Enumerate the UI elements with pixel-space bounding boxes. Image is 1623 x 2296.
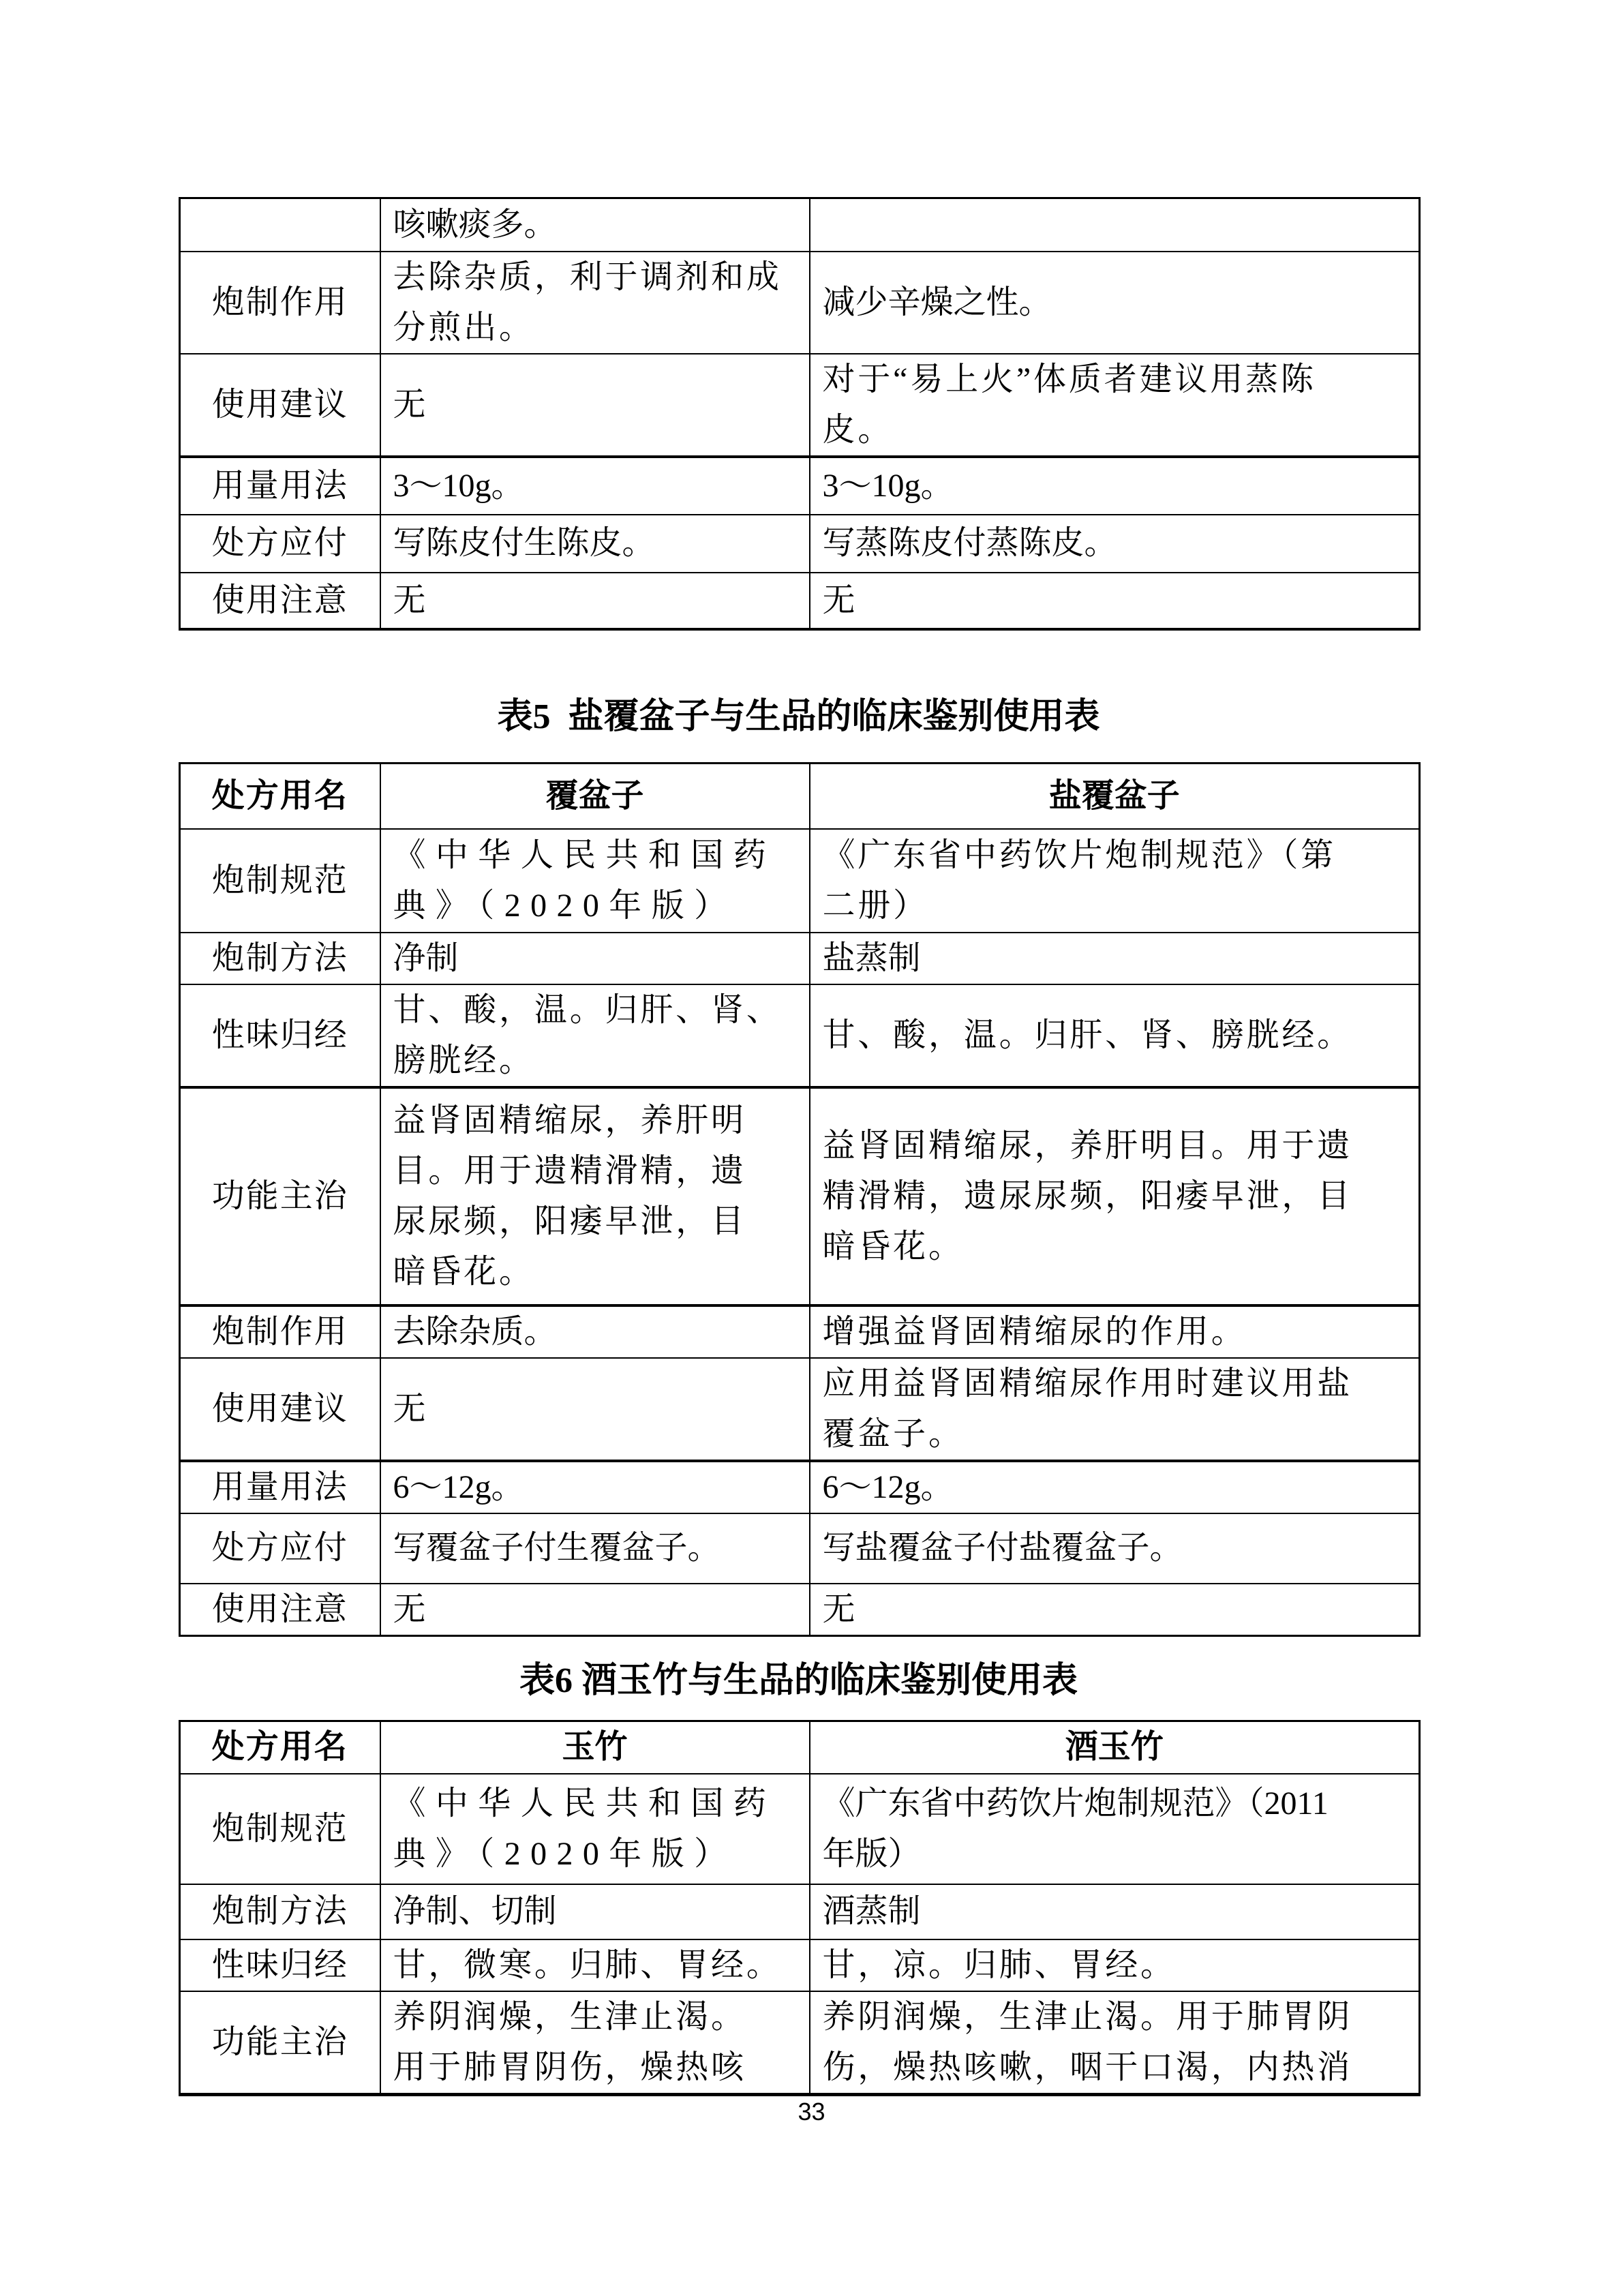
table-cell: 益肾固精缩尿，养肝明 目。用于遗精滑精，遗 尿尿频，阳痿早泄，目 暗昏花。 bbox=[380, 1087, 810, 1305]
table-cell: 写盐覆盆子付盐覆盆子。 bbox=[810, 1513, 1420, 1584]
table-cell: 无 bbox=[380, 1584, 810, 1636]
table-cell: 《广东省中药饮片炮制规范》（2011 年版） bbox=[810, 1774, 1420, 1884]
table-5-title: 表5 盐覆盆子与生品的临床鉴别使用表 bbox=[179, 697, 1419, 738]
table-cell: 《广东省中药饮片炮制规范》（第 二册） bbox=[810, 829, 1420, 933]
row-label-cell: 处方应付 bbox=[180, 515, 380, 573]
table-row: 炮制方法净制盐蒸制 bbox=[180, 933, 1420, 984]
table-cell: 甘、酸，温。归肝、肾、膀胱经。 bbox=[810, 984, 1420, 1087]
table-header-row: 处方用名覆盆子盐覆盆子 bbox=[180, 764, 1420, 829]
table-5-yanfupenzi: 处方用名覆盆子盐覆盆子炮制规范《中华人民共和国药 典》（2020年版）《广东省中… bbox=[179, 762, 1421, 1637]
table-cell: 甘，凉。归肺、胃经。 bbox=[810, 1939, 1420, 1991]
row-label-cell: 使用注意 bbox=[180, 1584, 380, 1636]
column-header-cell: 酒玉竹 bbox=[810, 1721, 1420, 1774]
table-6-jiuyuzhu: 处方用名玉竹酒玉竹炮制规范《中华人民共和国药 典》（2020年版）《广东省中药饮… bbox=[179, 1720, 1421, 2096]
table-cell: 甘，微寒。归肺、胃经。 bbox=[380, 1939, 810, 1991]
table-row: 性味归经甘，微寒。归肺、胃经。甘，凉。归肺、胃经。 bbox=[180, 1939, 1420, 1991]
column-header-cell: 玉竹 bbox=[380, 1721, 810, 1774]
table-cell: 写陈皮付生陈皮。 bbox=[380, 515, 810, 573]
table-row: 炮制方法净制、切制酒蒸制 bbox=[180, 1884, 1420, 1939]
table-cell: 净制、切制 bbox=[380, 1884, 810, 1939]
table-row: 炮制规范《中华人民共和国药 典》（2020年版）《广东省中药饮片炮制规范》（第 … bbox=[180, 829, 1420, 933]
table-6-title: 表6 酒玉竹与生品的临床鉴别使用表 bbox=[179, 1661, 1419, 1702]
table-row: 功能主治养阴润燥，生津止渴。 用于肺胃阴伤，燥热咳养阴润燥，生津止渴。用于肺胃阴… bbox=[180, 1991, 1420, 2095]
row-label-cell: 功能主治 bbox=[180, 1991, 380, 2095]
row-label-cell: 性味归经 bbox=[180, 984, 380, 1087]
row-label-cell: 处方用名 bbox=[180, 764, 380, 829]
row-label-cell: 使用建议 bbox=[180, 1358, 380, 1461]
table-cell: 增强益肾固精缩尿的作用。 bbox=[810, 1305, 1420, 1358]
table-row: 咳嗽痰多。 bbox=[180, 198, 1420, 252]
table-cell: 咳嗽痰多。 bbox=[380, 198, 810, 252]
row-label-cell: 使用建议 bbox=[180, 354, 380, 457]
table-cell: 无 bbox=[810, 573, 1420, 629]
row-label-cell: 处方应付 bbox=[180, 1513, 380, 1584]
table-cell: 甘、酸，温。归肝、肾、 膀胱经。 bbox=[380, 984, 810, 1087]
table-row: 用量用法6～12g。6～12g。 bbox=[180, 1461, 1420, 1513]
table-cell: 写覆盆子付生覆盆子。 bbox=[380, 1513, 810, 1584]
page-number: 33 bbox=[0, 2097, 1623, 2127]
table-row: 性味归经甘、酸，温。归肝、肾、 膀胱经。甘、酸，温。归肝、肾、膀胱经。 bbox=[180, 984, 1420, 1087]
table-row: 功能主治益肾固精缩尿，养肝明 目。用于遗精滑精，遗 尿尿频，阳痿早泄，目 暗昏花… bbox=[180, 1087, 1420, 1305]
row-label-cell: 炮制方法 bbox=[180, 933, 380, 984]
table-cell: 《中华人民共和国药 典》（2020年版） bbox=[380, 829, 810, 933]
table-cell: 《中华人民共和国药 典》（2020年版） bbox=[380, 1774, 810, 1884]
table-row: 用量用法3～10g。3～10g。 bbox=[180, 457, 1420, 515]
row-label-cell bbox=[180, 198, 380, 252]
table-cell: 去除杂质，利于调剂和成 分煎出。 bbox=[380, 252, 810, 354]
table-cell bbox=[810, 198, 1420, 252]
table-continuation-wrap: 咳嗽痰多。炮制作用去除杂质，利于调剂和成 分煎出。减少辛燥之性。使用建议无对于“… bbox=[179, 197, 1419, 631]
table-cell: 养阴润燥，生津止渴。用于肺胃阴 伤，燥热咳嗽，咽干口渴，内热消 bbox=[810, 1991, 1420, 2095]
table-row: 使用建议无对于“易上火”体质者建议用蒸陈 皮。 bbox=[180, 354, 1420, 457]
table-cell: 应用益肾固精缩尿作用时建议用盐 覆盆子。 bbox=[810, 1358, 1420, 1461]
table-cell: 3～10g。 bbox=[380, 457, 810, 515]
row-label-cell: 用量用法 bbox=[180, 457, 380, 515]
table-cell: 无 bbox=[810, 1584, 1420, 1636]
column-header-cell: 覆盆子 bbox=[380, 764, 810, 829]
row-label-cell: 炮制作用 bbox=[180, 1305, 380, 1358]
table-5-wrap: 处方用名覆盆子盐覆盆子炮制规范《中华人民共和国药 典》（2020年版）《广东省中… bbox=[179, 762, 1419, 1637]
table-row: 炮制规范《中华人民共和国药 典》（2020年版）《广东省中药饮片炮制规范》（20… bbox=[180, 1774, 1420, 1884]
table-cell: 净制 bbox=[380, 933, 810, 984]
table-cell: 无 bbox=[380, 573, 810, 629]
table-cell: 益肾固精缩尿，养肝明目。用于遗 精滑精，遗尿尿频，阳痿早泄，目 暗昏花。 bbox=[810, 1087, 1420, 1305]
row-label-cell: 炮制作用 bbox=[180, 252, 380, 354]
table-cell: 无 bbox=[380, 354, 810, 457]
table-row: 炮制作用去除杂质。增强益肾固精缩尿的作用。 bbox=[180, 1305, 1420, 1358]
row-label-cell: 炮制规范 bbox=[180, 1774, 380, 1884]
row-label-cell: 炮制规范 bbox=[180, 829, 380, 933]
table-cell: 3～10g。 bbox=[810, 457, 1420, 515]
table-cell: 写蒸陈皮付蒸陈皮。 bbox=[810, 515, 1420, 573]
table-row: 炮制作用去除杂质，利于调剂和成 分煎出。减少辛燥之性。 bbox=[180, 252, 1420, 354]
row-label-cell: 用量用法 bbox=[180, 1461, 380, 1513]
table-row: 处方应付写陈皮付生陈皮。写蒸陈皮付蒸陈皮。 bbox=[180, 515, 1420, 573]
row-label-cell: 性味归经 bbox=[180, 1939, 380, 1991]
table-chenpi-continued: 咳嗽痰多。炮制作用去除杂质，利于调剂和成 分煎出。减少辛燥之性。使用建议无对于“… bbox=[179, 197, 1421, 631]
row-label-cell: 炮制方法 bbox=[180, 1884, 380, 1939]
table-cell: 去除杂质。 bbox=[380, 1305, 810, 1358]
table-cell: 盐蒸制 bbox=[810, 933, 1420, 984]
column-header-cell: 盐覆盆子 bbox=[810, 764, 1420, 829]
table-row: 使用注意无无 bbox=[180, 1584, 1420, 1636]
table-6-wrap: 处方用名玉竹酒玉竹炮制规范《中华人民共和国药 典》（2020年版）《广东省中药饮… bbox=[179, 1720, 1419, 2096]
row-label-cell: 处方用名 bbox=[180, 1721, 380, 1774]
row-label-cell: 功能主治 bbox=[180, 1087, 380, 1305]
row-label-cell: 使用注意 bbox=[180, 573, 380, 629]
table-cell: 减少辛燥之性。 bbox=[810, 252, 1420, 354]
table-row: 使用注意无无 bbox=[180, 573, 1420, 629]
table-cell: 养阴润燥，生津止渴。 用于肺胃阴伤，燥热咳 bbox=[380, 1991, 810, 2095]
table-cell: 酒蒸制 bbox=[810, 1884, 1420, 1939]
table-cell: 6～12g。 bbox=[810, 1461, 1420, 1513]
table-header-row: 处方用名玉竹酒玉竹 bbox=[180, 1721, 1420, 1774]
table-cell: 对于“易上火”体质者建议用蒸陈 皮。 bbox=[810, 354, 1420, 457]
table-cell: 6～12g。 bbox=[380, 1461, 810, 1513]
table-row: 处方应付写覆盆子付生覆盆子。写盐覆盆子付盐覆盆子。 bbox=[180, 1513, 1420, 1584]
table-cell: 无 bbox=[380, 1358, 810, 1461]
table-row: 使用建议无应用益肾固精缩尿作用时建议用盐 覆盆子。 bbox=[180, 1358, 1420, 1461]
document-page: 咳嗽痰多。炮制作用去除杂质，利于调剂和成 分煎出。减少辛燥之性。使用建议无对于“… bbox=[0, 0, 1623, 2296]
